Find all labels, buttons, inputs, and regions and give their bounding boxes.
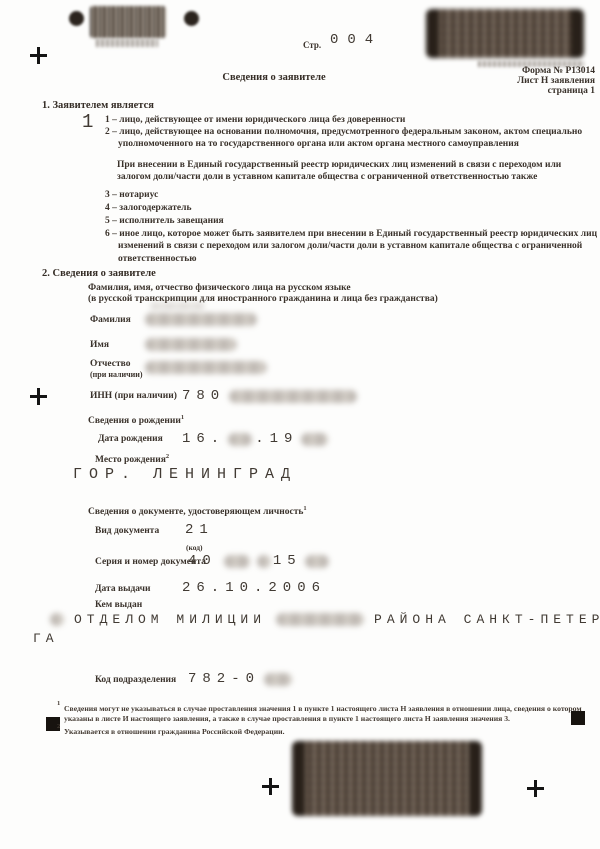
fio-caption-line2: (в русской транскрипции для иностранного… bbox=[88, 294, 438, 304]
barcode-digits-redacted bbox=[96, 39, 158, 47]
doc-series-row: 40 15 bbox=[188, 553, 329, 569]
birth-heading: Сведения о рождении1 bbox=[88, 414, 184, 426]
form-number: Форма № Р13014 bbox=[440, 66, 595, 76]
doc-type-label: Вид документа bbox=[95, 526, 159, 536]
issuer-prefix-redacted bbox=[50, 613, 64, 626]
page-number-value: 004 bbox=[330, 32, 382, 48]
birth-place-footnote-marker: 2 bbox=[166, 453, 169, 460]
issuer-district-redacted bbox=[276, 613, 364, 626]
footnote1-text: Сведения могут не указываться в случае п… bbox=[64, 704, 586, 723]
section1-heading: 1. Заявителем является bbox=[42, 100, 154, 111]
form-id-block: Форма № Р13014 Лист Н заявления страница… bbox=[440, 66, 595, 96]
fio-caption-line1: Фамилия, имя, отчество физического лица … bbox=[88, 283, 351, 293]
inn-value-row: 780 bbox=[182, 388, 357, 404]
division-code-row: 782-0 bbox=[188, 671, 292, 687]
birth-date-row: 16. .19 bbox=[182, 431, 328, 447]
crop-mark-plus-icon bbox=[30, 388, 47, 405]
section2-heading: 2. Сведения о заявителе bbox=[42, 268, 156, 279]
inn-value-redacted bbox=[229, 390, 357, 403]
birth-date-redacted bbox=[228, 433, 252, 446]
section1-value: 1 bbox=[82, 111, 93, 133]
option-5: 5 – исполнитель завещания bbox=[105, 215, 600, 227]
form-sheet-page: страница 1 bbox=[440, 86, 595, 96]
bleedthrough-redacted bbox=[150, 302, 205, 310]
option-1: 1 – лицо, действующее от имени юридическ… bbox=[105, 114, 600, 126]
issue-date-label: Дата выдачи bbox=[95, 584, 151, 594]
birth-date-label: Дата рождения bbox=[98, 434, 163, 444]
division-code-redacted bbox=[264, 673, 292, 686]
issuer-value-row: ОТДЕЛОМ МИЛИЦИИ РАЙОНА САНКТ-ПЕТЕРБУР bbox=[50, 612, 600, 627]
patronymic-note: (при наличии) bbox=[90, 370, 143, 379]
division-code-visible: 782-0 bbox=[188, 671, 260, 687]
birth-place-value: ГОР. ЛЕНИНГРАД bbox=[73, 466, 297, 483]
option-6: 6 – иное лицо, которое может быть заявит… bbox=[105, 228, 600, 265]
doc-type-value: 21 bbox=[185, 522, 214, 538]
firstname-label: Имя bbox=[90, 340, 109, 350]
issue-date-value: 26.10.2006 bbox=[182, 580, 326, 596]
identity-doc-footnote-marker: 1 bbox=[303, 505, 306, 512]
crop-mark-plus-icon bbox=[527, 780, 544, 797]
inn-label: ИНН (при наличии) bbox=[90, 391, 177, 401]
birth-heading-text: Сведения о рождении bbox=[88, 416, 181, 426]
identity-doc-heading: Сведения о документе, удостоверяющем лич… bbox=[88, 505, 307, 517]
patronymic-label: Отчество bbox=[90, 359, 130, 369]
crop-mark-plus-icon bbox=[262, 778, 279, 795]
form-sheet: Лист Н заявления bbox=[440, 76, 595, 86]
page-number-label: Стр. bbox=[303, 40, 321, 50]
issuer-part2: РАЙОНА САНКТ-ПЕТЕРБУР bbox=[374, 612, 600, 627]
footnote1-marker: 1 bbox=[57, 699, 60, 709]
barcode-2d-redacted-icon bbox=[292, 741, 482, 816]
registration-dot-icon bbox=[69, 11, 84, 26]
surname-value-redacted bbox=[145, 313, 257, 326]
issuer-part3: ГА bbox=[33, 631, 59, 646]
identity-doc-heading-text: Сведения о документе, удостоверяющем лич… bbox=[88, 507, 303, 517]
doc-number-redacted bbox=[257, 555, 271, 568]
barcode-2d-redacted-icon bbox=[426, 9, 584, 58]
crop-mark-plus-icon bbox=[30, 47, 47, 64]
surname-label: Фамилия bbox=[90, 315, 131, 325]
footnote2-text: Указывается в отношении гражданина Росси… bbox=[64, 727, 586, 737]
birth-place-label: Место рождения2 bbox=[95, 453, 169, 465]
birth-heading-footnote-marker: 1 bbox=[181, 414, 184, 421]
birth-date-part2: .19 bbox=[255, 431, 298, 447]
doc-series-redacted bbox=[224, 555, 250, 568]
patronymic-value-redacted bbox=[145, 361, 267, 374]
page-title: Сведения о заявителе bbox=[174, 72, 374, 83]
doc-type-hint: (код) bbox=[186, 543, 203, 552]
issuer-part1: ОТДЕЛОМ МИЛИЦИИ bbox=[74, 612, 266, 627]
doc-series-part1: 40 bbox=[188, 553, 217, 569]
barcode-1d-redacted-icon bbox=[90, 6, 166, 38]
issuer-label: Кем выдан bbox=[95, 600, 142, 610]
birth-date-part1: 16. bbox=[182, 431, 225, 447]
option-2: 2 – лицо, действующее на основании полно… bbox=[105, 126, 600, 151]
birth-place-label-text: Место рождения bbox=[95, 455, 166, 465]
scanned-form-page: Стр. 004 Сведения о заявителе Форма № Р1… bbox=[0, 0, 600, 849]
division-code-label: Код подразделения bbox=[95, 675, 176, 685]
option-4: 4 – залогодержатель bbox=[105, 202, 600, 214]
inn-value-visible: 780 bbox=[182, 388, 225, 404]
footnote2-marker: 2 bbox=[57, 722, 60, 732]
section1-note: При внесении в Единый государственный ре… bbox=[117, 159, 575, 184]
doc-series-part2: 15 bbox=[273, 553, 302, 569]
birth-year-redacted bbox=[301, 433, 328, 446]
registration-dot-icon bbox=[184, 11, 199, 26]
firstname-value-redacted bbox=[145, 338, 237, 351]
option-3: 3 – нотариус bbox=[105, 189, 600, 201]
doc-number-redacted-2 bbox=[305, 555, 329, 568]
